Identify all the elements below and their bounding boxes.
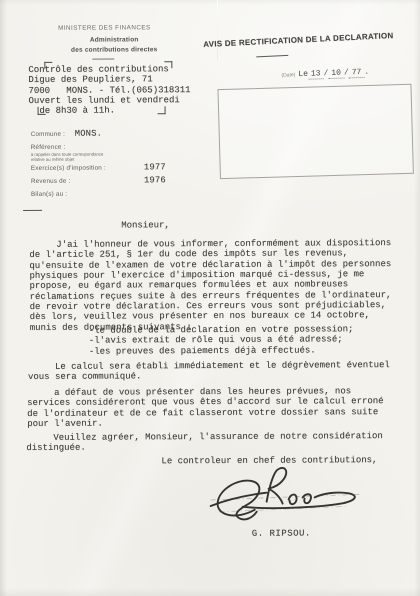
paragraph-2: Le calcul sera établi immédiatement et l… — [28, 360, 390, 383]
field-exercice-value: 1977 — [144, 162, 166, 172]
field-commune-label: Commune : — [31, 131, 65, 138]
administration-line1: Administration — [52, 36, 176, 44]
bracket-top-right — [164, 61, 172, 68]
field-reference-note: à rappeler dans toute correspondance rel… — [31, 151, 201, 162]
date-day: 13 — [308, 69, 324, 80]
salutation: Monsieur, — [121, 220, 170, 231]
document-title: AVIS DE RECTIFICATION DE LA DECLARATION — [203, 31, 394, 49]
ministry-name: MINISTERE DES FINANCES — [58, 24, 151, 31]
field-commune: Commune : MONS. — [31, 130, 201, 144]
bracket-bottom-right — [158, 106, 166, 114]
letterhead-rule — [92, 59, 114, 60]
reference-fields: Commune : MONS. Référence : à rappeler d… — [31, 130, 201, 204]
document-list: -le double de la déclaration en votre po… — [89, 324, 354, 356]
office-address: Contrôle des contributions Digue des Peu… — [28, 64, 190, 116]
field-revenus: Revenus de : 1976 — [31, 177, 201, 191]
field-exercice: Exercice(s) d'imposition : 1977 — [31, 164, 201, 178]
signer-name: G. RIPSOU. — [252, 528, 311, 538]
scanned-letter-page: MINISTERE DES FINANCES Administration de… — [0, 0, 420, 596]
date-line: (Date)Le13/10/77. — [281, 61, 369, 82]
signature-scribble-icon — [208, 465, 364, 530]
field-revenus-value: 1976 — [144, 175, 166, 185]
date-month: 10 — [328, 69, 344, 80]
field-commune-value: MONS. — [75, 129, 102, 139]
title-underline — [256, 55, 288, 58]
field-bilan-label: Bilan(s) au : — [31, 191, 67, 198]
letter-content: MINISTERE DES FINANCES Administration de… — [0, 0, 420, 596]
date-label: (Date) — [281, 72, 295, 78]
field-reference-label: Référence : — [31, 144, 66, 151]
date-terminal: . — [364, 68, 369, 77]
closing-formula: Veuillez agréer, Monsieur, l'assurance d… — [26, 431, 383, 454]
administration-line2: des contributions directes — [52, 46, 176, 54]
paragraph-3: a défaut de vous présenter dans les heur… — [27, 386, 384, 429]
date-prefix: Le — [298, 70, 308, 79]
bracket-bottom-left — [38, 107, 46, 115]
field-revenus-label: Revenus de : — [31, 178, 71, 185]
field-reference: Référence : — [31, 143, 201, 152]
field-exercice-label: Exercice(s) d'imposition : — [31, 165, 106, 172]
bracket-top-left — [44, 62, 52, 69]
field-bilan: Bilan(s) au : — [31, 190, 201, 204]
fold-dash-mark — [23, 210, 42, 211]
paragraph-1: J'ai l'honneur de vous informer, conform… — [29, 238, 391, 333]
date-year: 77 — [349, 68, 365, 79]
addressee-box — [217, 84, 413, 179]
